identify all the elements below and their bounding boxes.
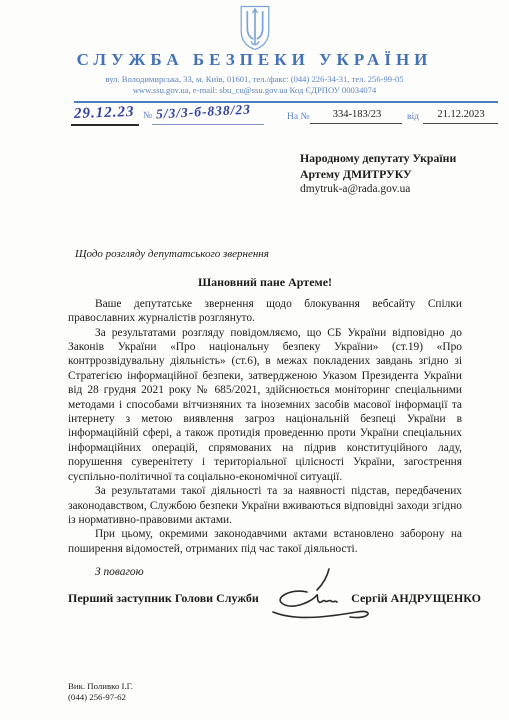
signer-name: Сергій АНДРУЩЕНКО [351, 591, 481, 606]
outgoing-number-underline [152, 124, 264, 125]
body-paragraph: Ваше депутатське звернення щодо блокуван… [68, 297, 462, 326]
recipient-name: Артему ДМИТРУКУ [300, 167, 480, 183]
org-name: СЛУЖБА БЕЗПЕКИ УКРАЇНИ [0, 50, 509, 70]
body-paragraph: За результатами розгляду повідомляємо, щ… [68, 326, 462, 484]
salutation: Шановний пане Артеме! [68, 275, 462, 289]
subject-line: Щодо розгляду депутатського звернення [75, 247, 462, 261]
outgoing-date-underline [71, 124, 139, 126]
number-sign-label: № [143, 111, 152, 121]
executor-name: Вик. Поливко І.Г. [68, 681, 133, 692]
outgoing-date-handwritten: 29.12.23 [74, 104, 135, 123]
in-reply-to-number: 334-183/23 [312, 109, 402, 120]
in-reply-to-date: 21.12.2023 [424, 109, 498, 120]
body-paragraph: За результатами такої діяльності та за н… [68, 484, 462, 527]
letter-body: Щодо розгляду депутатського звернення Ша… [68, 247, 462, 580]
executor-block: Вик. Поливко І.Г. (044) 256-97-62 [68, 681, 133, 703]
org-address-line1: вул. Володимирська, 33, м. Київ, 01601, … [0, 74, 509, 84]
letterhead-divider-rule [74, 101, 498, 103]
executor-phone: (044) 256-97-62 [68, 692, 133, 703]
recipient-title: Народному депутату України [300, 151, 480, 167]
outgoing-number-handwritten: 5/3/3-б-838/23 [156, 102, 252, 123]
in-reply-to-label: На № [287, 112, 310, 122]
reply-date-label: від [407, 112, 419, 122]
ukraine-trident-emblem-icon [0, 5, 509, 56]
org-address-line2: www.ssu.gov.ua, e-mail: sbu_cu@ssu.gov.u… [0, 85, 509, 95]
scanned-letter-page: СЛУЖБА БЕЗПЕКИ УКРАЇНИ вул. Володимирськ… [0, 0, 509, 720]
signer-title: Перший заступник Голови Служби [68, 591, 259, 606]
recipient-block: Народному депутату України Артему ДМИТРУ… [300, 151, 480, 198]
recipient-email: dmytruk-a@rada.gov.ua [300, 182, 480, 198]
body-paragraph: При цьому, окремими законодавчими актами… [68, 527, 462, 556]
in-reply-to-date-underline [423, 123, 498, 124]
in-reply-to-number-underline [310, 123, 402, 124]
